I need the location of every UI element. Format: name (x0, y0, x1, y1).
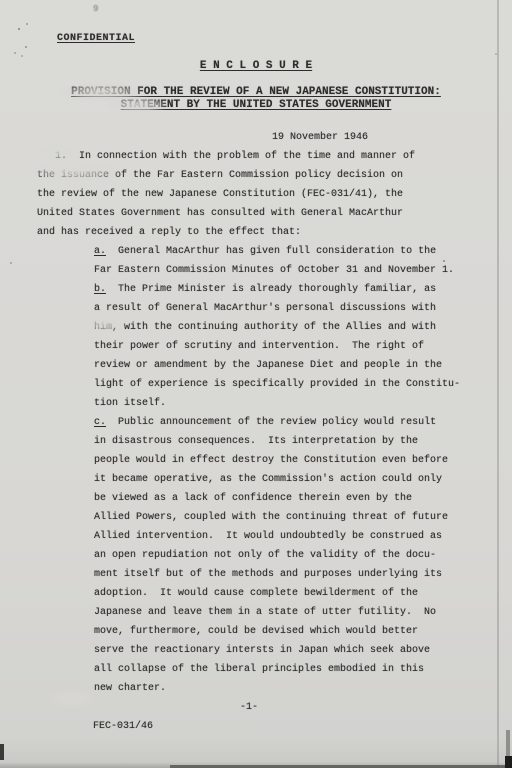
scan-edge-mark-right (506, 730, 510, 756)
document-line: Japanese and leave them in a state of ut… (37, 603, 487, 622)
document-line: a result of General MacArthur's personal… (37, 299, 487, 318)
document-line: c. Public announcement of the review pol… (37, 413, 487, 432)
page-number: -1- (240, 698, 258, 717)
document-line: adoption. It would cause complete bewild… (37, 584, 487, 603)
document-line: new charter. (37, 679, 487, 698)
paragraph-label: b. (94, 284, 106, 295)
document-title-line1: PROVISION FOR THE REVIEW OF A NEW JAPANE… (71, 86, 441, 98)
paragraph-label: c. (94, 417, 106, 428)
document-line: review or amendment by the Japanese Diet… (37, 356, 487, 375)
document-line: the issuance of the Far Eastern Commissi… (37, 166, 487, 185)
stray-pen-mark: 9 (93, 4, 98, 14)
document-line: in disastrous consequences. Its interpre… (37, 432, 487, 451)
document-line: an open repudiation not only of the vali… (37, 546, 487, 565)
scan-crease-line (497, 0, 499, 768)
document-title-line2: STATEMENT BY THE UNITED STATES GOVERNMEN… (121, 99, 392, 111)
document-number: FEC-031/46 (93, 721, 153, 732)
document-line: move, furthermore, could be devised whic… (37, 622, 487, 641)
enclosure-heading: E N C L O S U R E (0, 60, 512, 72)
document-line: and has received a reply to the effect t… (37, 223, 487, 242)
document-line: Allied intervention. It would undoubtedl… (37, 527, 487, 546)
classification-stamp: CONFIDENTIAL (57, 33, 135, 44)
scan-corner-mark-left (0, 744, 4, 760)
document-footer: FEC-031/46 -1- (37, 698, 487, 717)
document-lines: 1. In connection with the problem of the… (37, 147, 487, 698)
document-line: light of experience is specifically prov… (37, 375, 487, 394)
document-line: him, with the continuing authority of th… (37, 318, 487, 337)
document-line: a. General MacArthur has given full cons… (37, 242, 487, 261)
document-line: the review of the new Japanese Constitut… (37, 185, 487, 204)
document-line: it became operative, as the Commission's… (37, 470, 487, 489)
document-title: PROVISION FOR THE REVIEW OF A NEW JAPANE… (0, 86, 512, 112)
document-line: United States Government has consulted w… (37, 204, 487, 223)
document-date: 19 November 1946 (37, 128, 487, 147)
paragraph-label: a. (94, 246, 106, 257)
document-line: their power of scrutiny and intervention… (37, 337, 487, 356)
document-line: ment itself but of the methods and purpo… (37, 565, 487, 584)
document-body: 19 November 1946 1. In connection with t… (37, 128, 487, 717)
document-line: b. The Prime Minister is already thoroug… (37, 280, 487, 299)
scanned-document-page: 9 CONFIDENTIAL E N C L O S U R E PROVISI… (0, 0, 512, 768)
document-line: people would in effect destroy the Const… (37, 451, 487, 470)
document-line: Allied Powers, coupled with the continui… (37, 508, 487, 527)
document-line: Far Eastern Commission Minutes of Octobe… (37, 261, 487, 280)
document-line: 1. In connection with the problem of the… (37, 147, 487, 166)
scan-corner-mark-right (505, 756, 512, 768)
document-line: be viewed as a lack of confidence therei… (37, 489, 487, 508)
document-line: all collapse of the liberal principles e… (37, 660, 487, 679)
scan-speckles (18, 28, 20, 30)
document-line: tion itself. (37, 394, 487, 413)
document-line: serve the reactionary intersts in Japan … (37, 641, 487, 660)
